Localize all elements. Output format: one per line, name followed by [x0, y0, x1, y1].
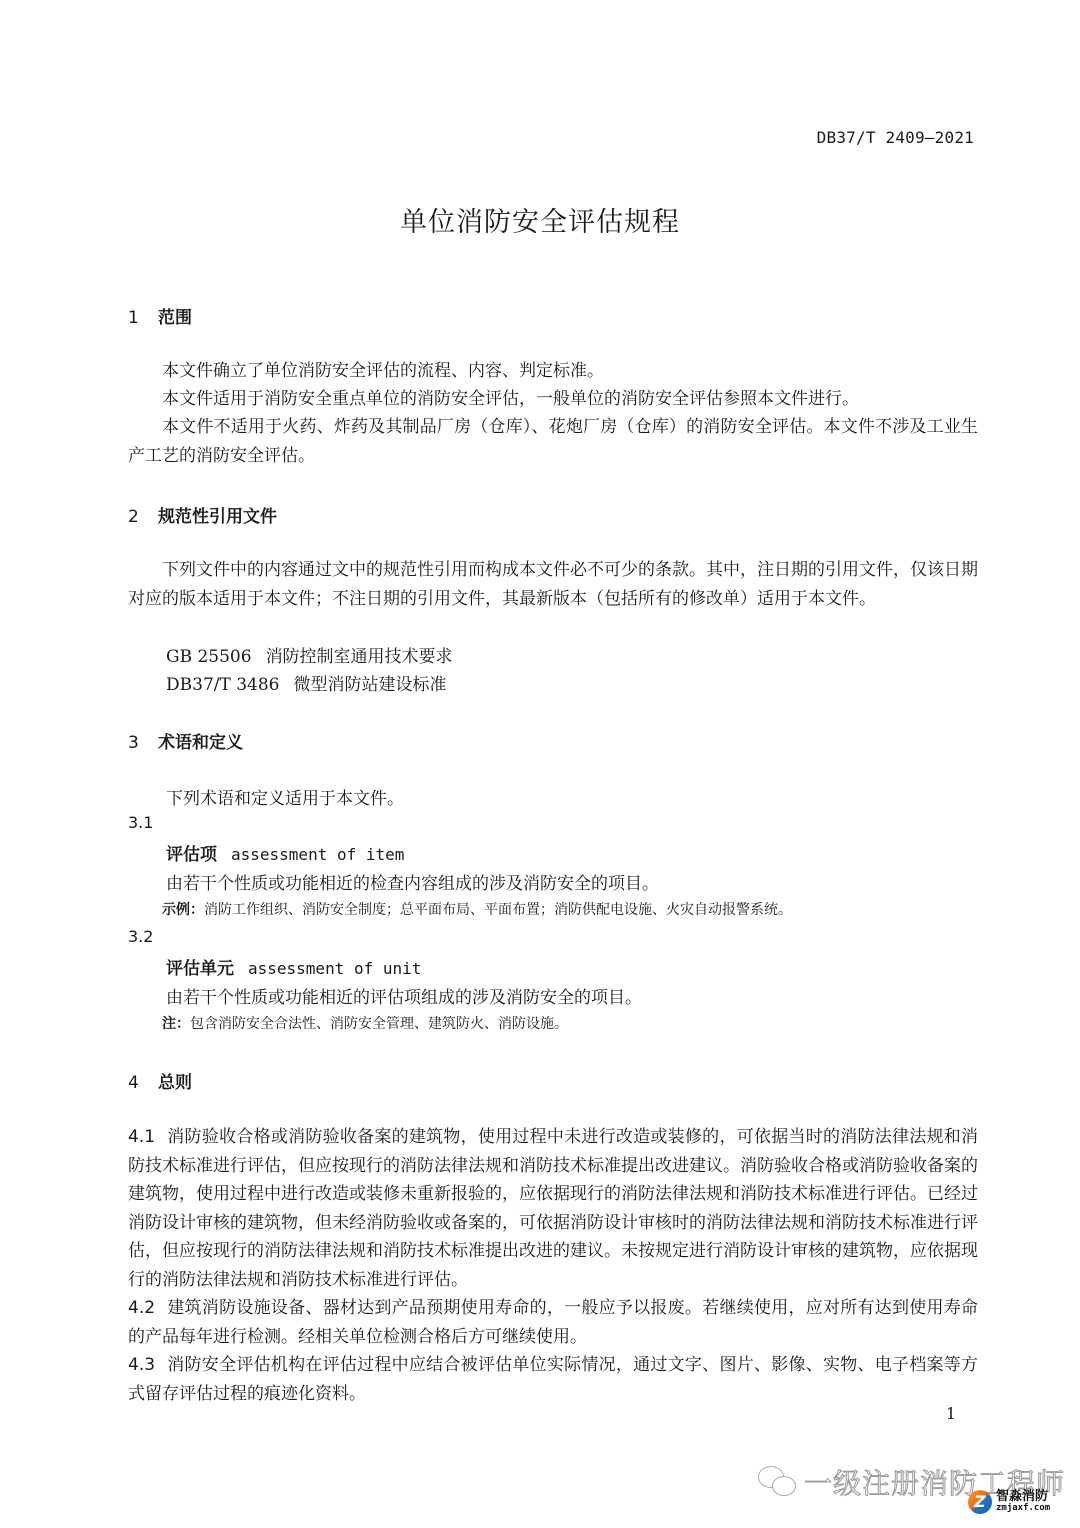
note-label: 注： [162, 1016, 190, 1032]
section-2-heading: 2规范性引用文件 [128, 502, 277, 527]
clause-4-3: 4.3消防安全评估机构在评估过程中应结合被评估单位实际情况，通过文字、图片、影像… [128, 1351, 978, 1408]
document-page: DB37/T 2409—2021 单位消防安全评估规程 1范围 本文件确立了单位… [0, 0, 1080, 1528]
reference-title: 微型消防站建设标准 [294, 675, 447, 695]
term-en: assessment of unit [248, 959, 421, 978]
note-text: 消防工作组织、消防安全制度；总平面布局、平面布置；消防供配电设施、火灾自动报警系… [204, 902, 792, 918]
section-title: 总则 [158, 1073, 192, 1093]
clause-text: 消防安全评估机构在评估过程中应结合被评估单位实际情况，通过文字、图片、影像、实物… [128, 1355, 978, 1404]
term-note: 注：包含消防安全合法性、消防安全管理、建筑防火、消防设施。 [162, 1013, 568, 1033]
clause-text: 建筑消防设施设备、器材达到产品预期使用寿命的，一般应予以报废。若继续使用，应对所… [128, 1298, 978, 1347]
clause-4-2: 4.2建筑消防设施设备、器材达到产品预期使用寿命的，一般应予以报废。若继续使用，… [128, 1294, 978, 1351]
note-label: 示例： [162, 902, 204, 918]
clause-text: 消防验收合格或消防验收备案的建筑物，使用过程中未进行改造或装修的，可依据当时的消… [128, 1127, 978, 1290]
term-zh: 评估项 [166, 845, 217, 865]
section-number: 4 [128, 1073, 158, 1093]
scope-paragraph-3: 本文件不适用于火药、炸药及其制品厂房（仓库）、花炮厂房（仓库）的消防安全评估。本… [128, 413, 978, 470]
term-en: assessment of item [231, 845, 404, 864]
clause-number: 4.1 [128, 1127, 155, 1147]
logo-url: zmjaxf.com [996, 1504, 1050, 1513]
wechat-icon [758, 1466, 798, 1498]
section-3-heading: 3术语和定义 [128, 728, 243, 753]
scope-paragraph-1: 本文件确立了单位消防安全评估的流程、内容、判定标准。 [128, 357, 978, 386]
clause-4-1: 4.1消防验收合格或消防验收备案的建筑物，使用过程中未进行改造或装修的，可依据当… [128, 1123, 978, 1294]
clause-number: 4.2 [128, 1298, 155, 1318]
section-1-heading: 1范围 [128, 303, 192, 328]
reference-item: DB37/T 3486微型消防站建设标准 [166, 670, 447, 695]
section-4-heading: 4总则 [128, 1068, 192, 1093]
term-definition: 由若干个性质或功能相近的检查内容组成的涉及消防安全的项目。 [166, 869, 659, 894]
section-number: 3 [128, 733, 158, 753]
section-title: 规范性引用文件 [158, 507, 277, 527]
references-intro: 下列文件中的内容通过文中的规范性引用而构成本文件必不可少的条款。其中，注日期的引… [128, 556, 978, 613]
scope-paragraph-2: 本文件适用于消防安全重点单位的消防安全评估，一般单位的消防安全评估参照本文件进行… [128, 385, 978, 414]
reference-title: 消防控制室通用技术要求 [266, 647, 453, 667]
section-number: 2 [128, 507, 158, 527]
terms-intro: 下列术语和定义适用于本文件。 [166, 784, 404, 809]
section-title: 范围 [158, 308, 192, 328]
zmjaxf-logo-icon [968, 1490, 992, 1514]
term-heading: 评估项assessment of item [166, 840, 404, 865]
section-number: 1 [128, 308, 158, 328]
term-number: 3.2 [128, 927, 153, 946]
term-definition: 由若干个性质或功能相近的评估项组成的涉及消防安全的项目。 [166, 983, 642, 1008]
term-example: 示例：消防工作组织、消防安全制度；总平面布局、平面布置；消防供配电设施、火灾自动… [162, 899, 792, 919]
note-text: 包含消防安全合法性、消防安全管理、建筑防火、消防设施。 [190, 1016, 568, 1032]
standard-code: DB37/T 2409—2021 [817, 128, 974, 147]
reference-item: GB 25506消防控制室通用技术要求 [166, 642, 453, 667]
reference-code: GB 25506 [166, 647, 252, 667]
page-number: 1 [946, 1404, 956, 1423]
clause-number: 4.3 [128, 1355, 155, 1375]
document-title: 单位消防安全评估规程 [0, 200, 1080, 239]
term-number: 3.1 [128, 813, 153, 832]
term-heading: 评估单元assessment of unit [166, 954, 421, 979]
term-zh: 评估单元 [166, 959, 234, 979]
reference-code: DB37/T 3486 [166, 675, 280, 695]
site-logo: 智淼消防 zmjaxf.com [968, 1490, 1050, 1514]
section-title: 术语和定义 [158, 733, 243, 753]
